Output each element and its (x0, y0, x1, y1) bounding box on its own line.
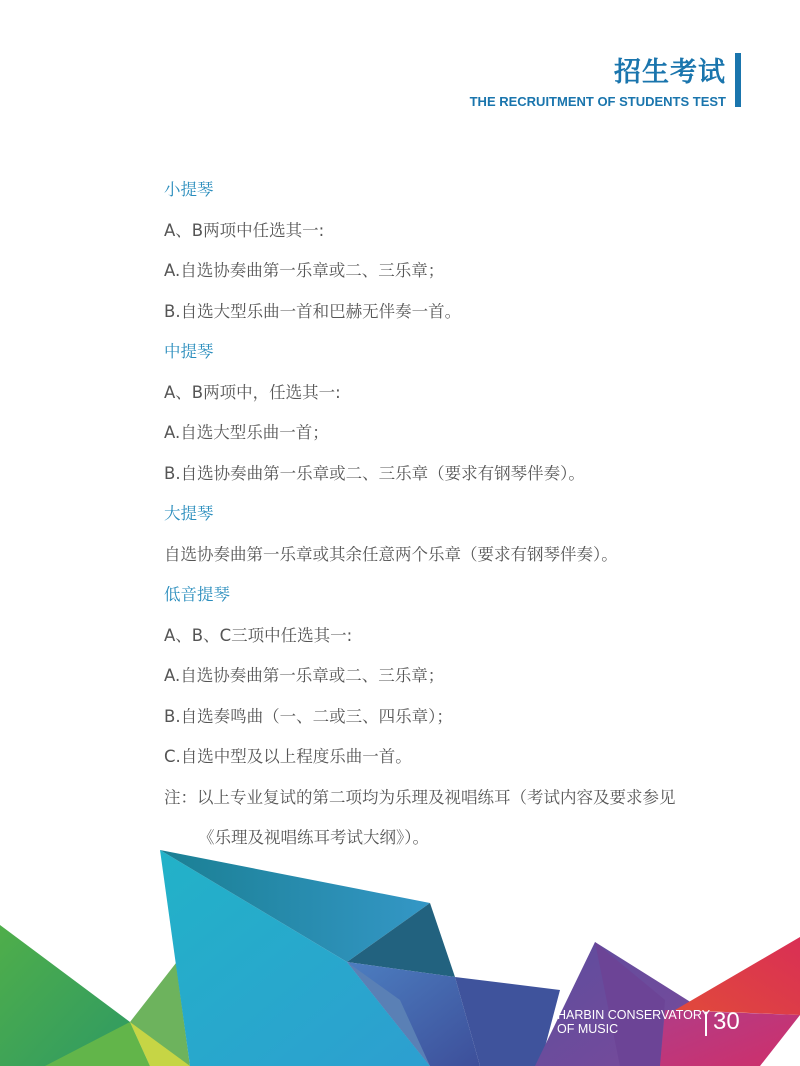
section-subtitle: THE RECRUITMENT OF STUDENTS TEST (470, 94, 726, 109)
text-line: A.自选协奏曲第一乐章或二、三乐章； (164, 257, 764, 298)
page-number: 30 (713, 1008, 740, 1036)
text-line: B.自选奏鸣曲（一、二或三、四乐章）； (164, 703, 764, 744)
text-line: A.自选协奏曲第一乐章或二、三乐章； (164, 662, 764, 703)
institution-line-1: HARBIN CONSERVATORY (557, 1008, 710, 1022)
text-line: A、B两项中任选其一: (164, 217, 764, 258)
text-line: B.自选协奏曲第一乐章或二、三乐章（要求有钢琴伴奏）。 (164, 460, 764, 501)
heading-cello: 大提琴 (164, 500, 764, 541)
text-line: C.自选中型及以上程度乐曲一首。 (164, 743, 764, 784)
text-line: B.自选大型乐曲一首和巴赫无伴奏一首。 (164, 298, 764, 339)
text-line: A.自选大型乐曲一首； (164, 419, 764, 460)
institution-line-2: OF MUSIC (557, 1022, 710, 1036)
footer-divider (705, 1012, 707, 1036)
heading-violin: 小提琴 (164, 176, 764, 217)
heading-double-bass: 低音提琴 (164, 581, 764, 622)
note-line: 注：以上专业复试的第二项均为乐理及视唱练耳（考试内容及要求参见 (164, 784, 764, 825)
text-line: A、B、C三项中任选其一: (164, 622, 764, 663)
institution-name: HARBIN CONSERVATORY OF MUSIC (557, 1008, 710, 1036)
heading-viola: 中提琴 (164, 338, 764, 379)
section-title: 招生考试 (614, 50, 726, 89)
header-accent-bar (735, 53, 741, 107)
text-line: A、B两项中，任选其一: (164, 379, 764, 420)
page-header: 招生考试 THE RECRUITMENT OF STUDENTS TEST (0, 0, 800, 120)
text-line: 自选协奏曲第一乐章或其余任意两个乐章（要求有钢琴伴奏）。 (164, 541, 764, 582)
exam-requirements: 小提琴 A、B两项中任选其一: A.自选协奏曲第一乐章或二、三乐章； B.自选大… (164, 176, 764, 865)
